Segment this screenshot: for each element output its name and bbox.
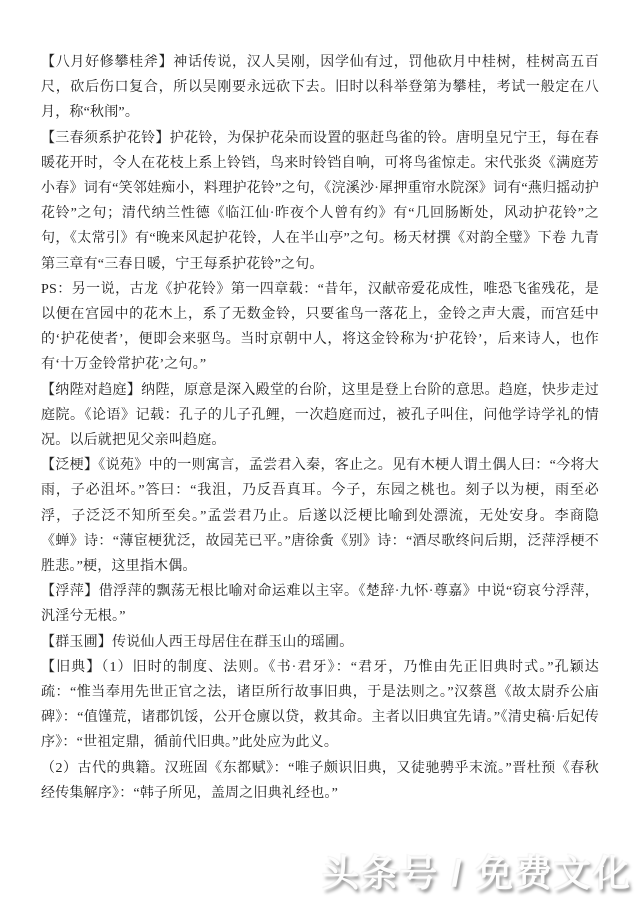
paragraph: 【群玉圃】传说仙人西王母居住在群玉山的瑶圃。 <box>41 630 599 655</box>
document-page: 【八月好修攀桂斧】神话传说，汉人吴刚，因学仙有过，罚他砍月中桂树，桂树高五百尺，… <box>0 0 640 905</box>
paragraph: 【泛梗】《说苑》中的一则寓言，孟尝君入秦，客止之。见有木梗人谓土偶人曰：“今将大… <box>41 453 599 579</box>
paragraph: 【浮萍】借浮萍的飘荡无根比喻对命运难以主宰。《楚辞·九怀·尊嘉》中说“窃哀兮浮萍… <box>41 579 599 629</box>
paragraph: （2）古代的典籍。汉班固《东都赋》：“唯子颇识旧典，又徒驰骋乎末流。”晋杜预《春… <box>41 756 599 806</box>
watermark: 头条号 / 免费文化 <box>322 843 632 897</box>
paragraph: 【八月好修攀桂斧】神话传说，汉人吴刚，因学仙有过，罚他砍月中桂树，桂树高五百尺，… <box>41 50 599 126</box>
document-body: 【八月好修攀桂斧】神话传说，汉人吴刚，因学仙有过，罚他砍月中桂树，桂树高五百尺，… <box>41 50 599 806</box>
paragraph: PS：另一说，古龙《护花铃》第一四章载：“昔年，汉献帝爱花成性，唯恐飞雀残花，是… <box>41 277 599 378</box>
paragraph: 【三春须系护花铃】护花铃，为保护花朵而设置的驱赶鸟雀的铃。唐明皇兄宁王，每在春暖… <box>41 126 599 277</box>
paragraph: 【旧典】（1）旧时的制度、法则。《书·君牙》：“君牙，乃惟由先正旧典时式。”孔颖… <box>41 655 599 756</box>
paragraph: 【纳陛对趋庭】纳陛，原意是深入殿堂的台阶，这里是登上台阶的意思。趋庭，快步走过庭… <box>41 378 599 454</box>
